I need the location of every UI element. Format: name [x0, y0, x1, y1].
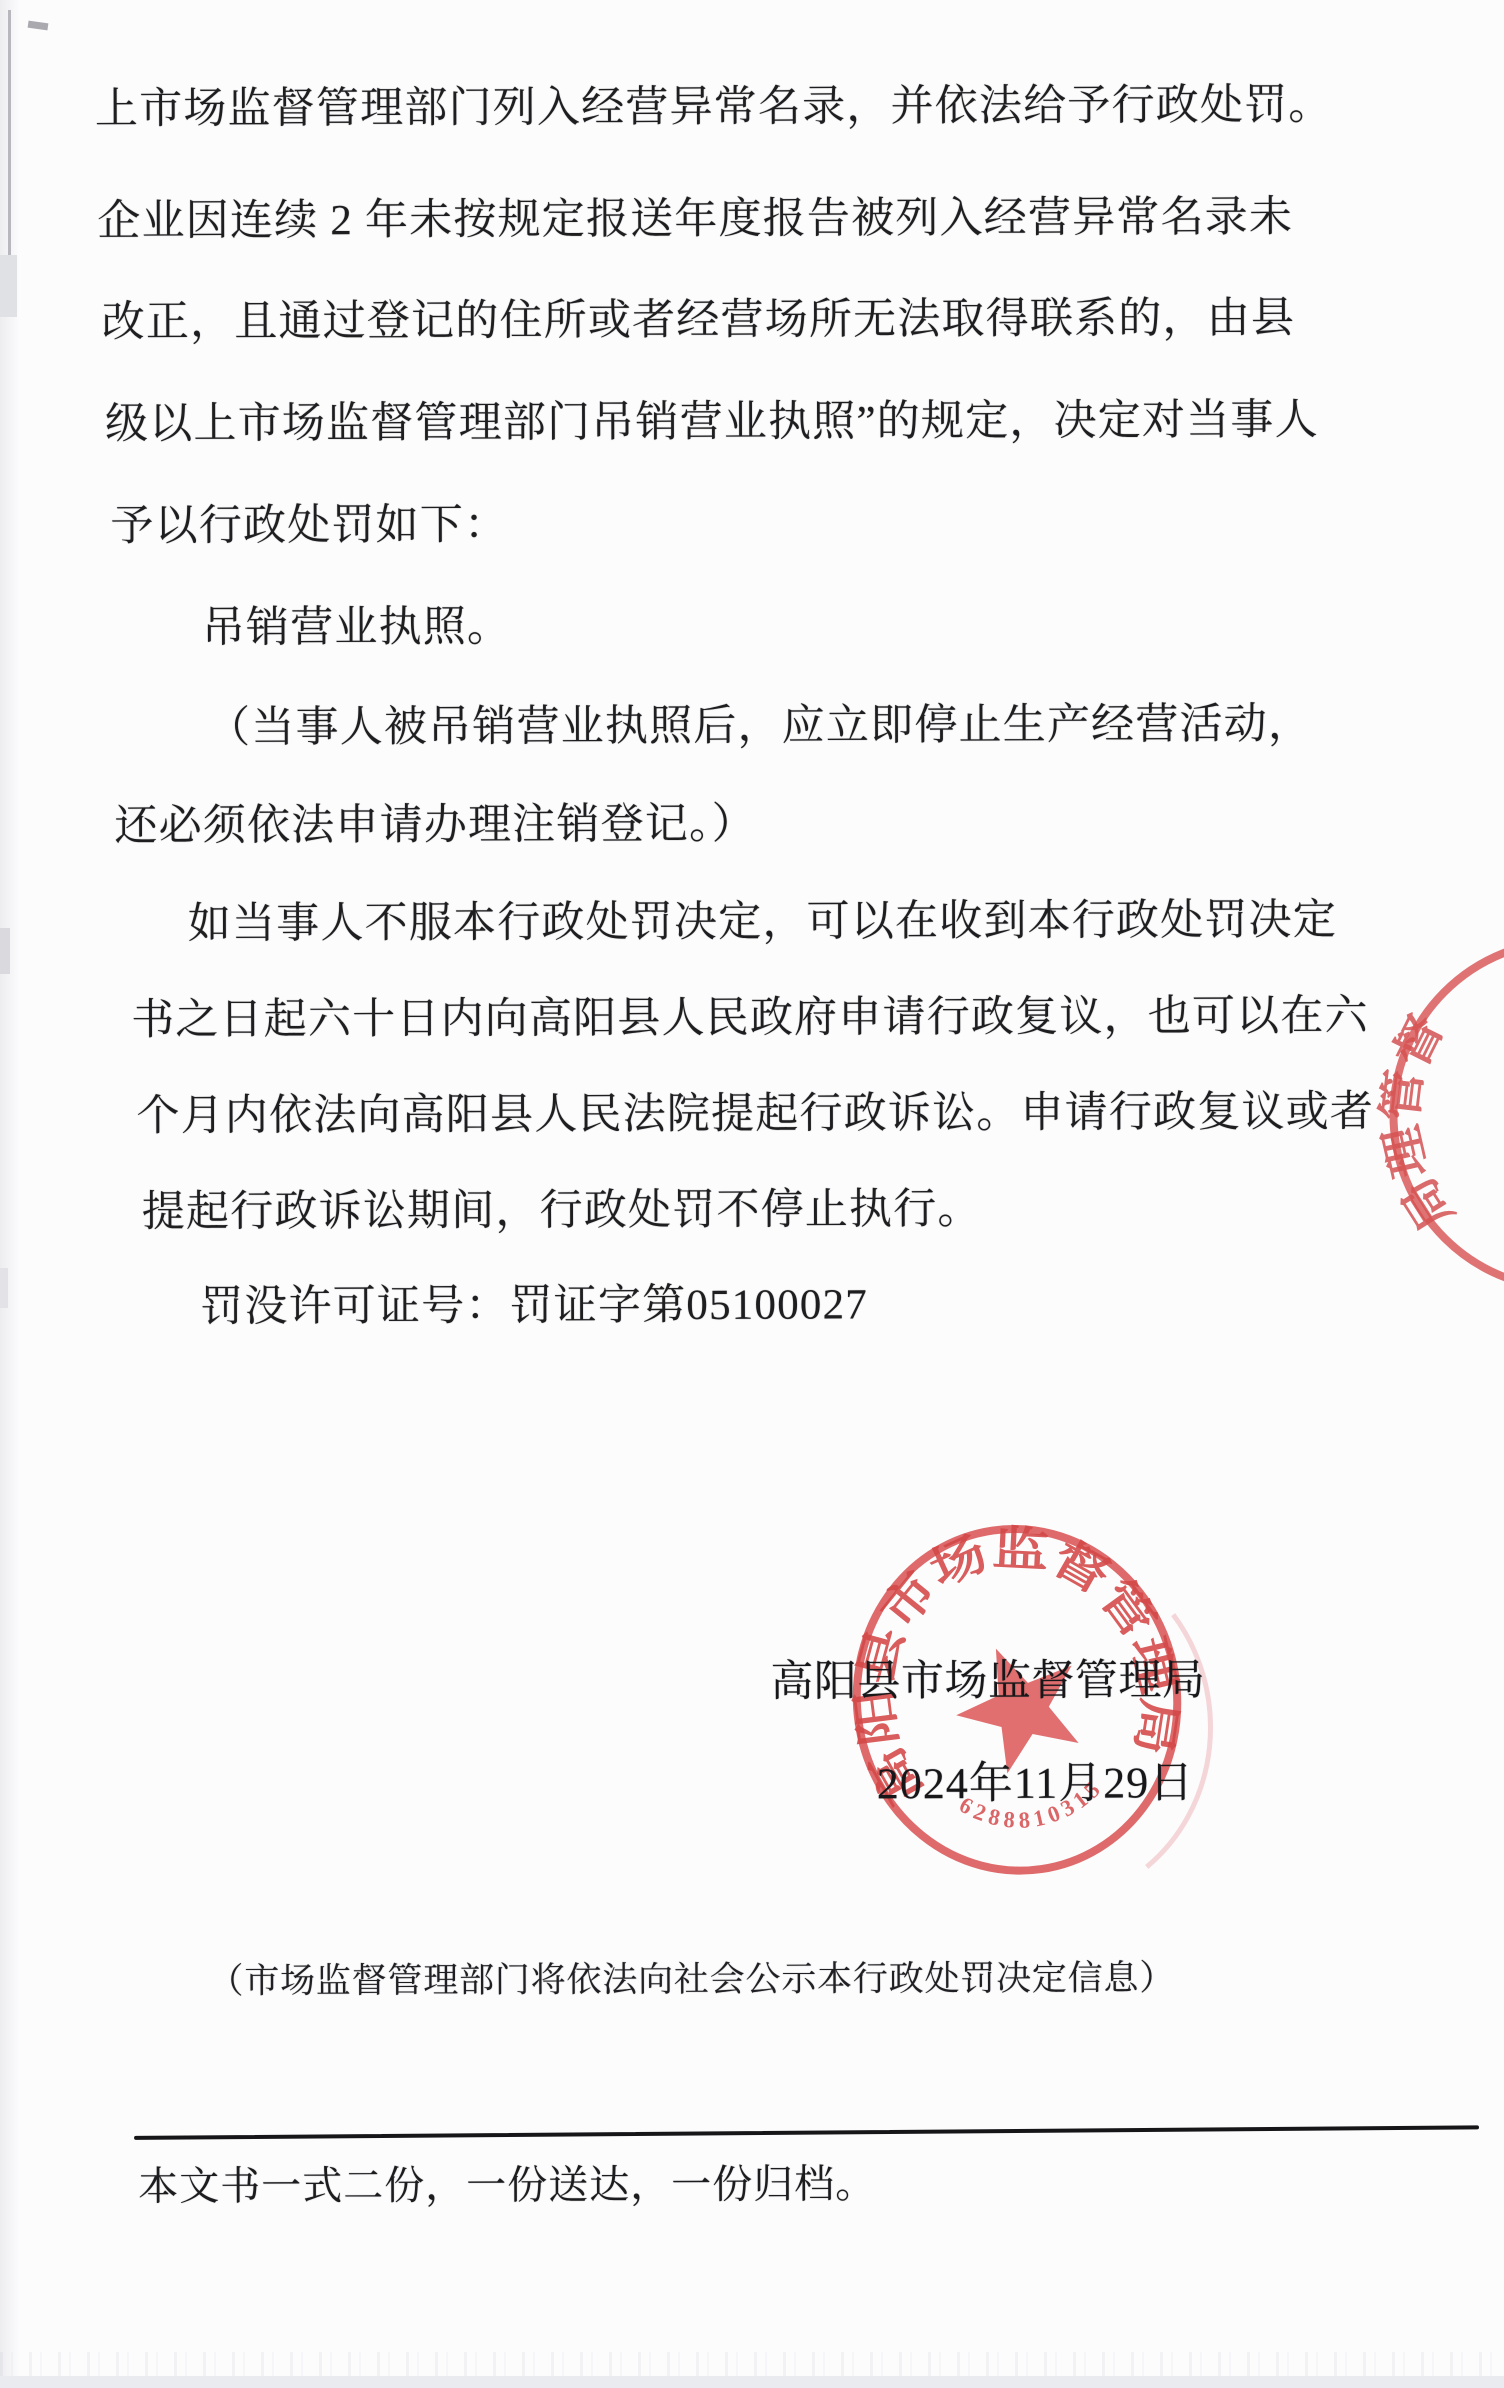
body-line: 个月内依法向高阳县人民法院提起行政诉讼。申请行政复议或者: [136, 1091, 1374, 1138]
disclosure-note: （市场监督管理部门将依法向社会公示本行政处罚决定信息）: [208, 1960, 1175, 1998]
divider-line: [134, 2125, 1479, 2140]
body-line: 企业因连续 2 年未按规定报送年度报告被列入经营异常名录未: [97, 196, 1293, 243]
partial-seal-arc-name: 局理管督: [1374, 1007, 1464, 1239]
body-line: 还必须依法申请办理注销登记。）: [114, 803, 756, 848]
body-line: 改正，且通过登记的住所或者经营场所无法取得联系的，由县: [102, 297, 1296, 344]
issuing-agency: 高阳县市场监督管理局: [770, 1659, 1205, 1704]
body-line: 如当事人不服本行政处罚决定，可以在收到本行政处罚决定: [188, 899, 1337, 946]
partial-official-seal: 局理管督: [1333, 875, 1504, 1356]
body-line: （当事人被吊销营业执照后，应立即停止生产经营活动，: [207, 703, 1312, 750]
document-page: 上市场监督管理部门列入经营异常名录，并依法给予行政处罚。 企业因连续 2 年未按…: [0, 0, 1504, 2388]
body-line: 予以行政处罚如下：: [110, 504, 508, 548]
document-content: 上市场监督管理部门列入经营异常名录，并依法给予行政处罚。 企业因连续 2 年未按…: [0, 0, 1504, 2388]
body-line: 提起行政诉讼期间，行政处罚不停止执行。: [142, 1188, 982, 1234]
official-seal: 高阳县市场监督管理局 6288810315: [841, 1511, 1222, 1912]
body-line: 级以上市场监督管理部门吊销营业执照”的规定，决定对当事人: [105, 399, 1319, 446]
scan-bottom-band: [0, 2376, 1504, 2388]
body-line: 上市场监督管理部门列入经营异常名录，并依法给予行政处罚。: [95, 84, 1333, 131]
copies-note: 本文书一式二份，一份送达，一份归档。: [138, 2164, 876, 2207]
penalty-license-number-line: 罚没许可证号：罚证字第05100027: [200, 1283, 868, 1328]
scan-bottom-speckle: [0, 2352, 1504, 2378]
body-line: 书之日起六十日内向高阳县人民政府申请行政复议，也可以在六: [131, 995, 1369, 1042]
penalty-decision-line: 吊销营业执照。: [202, 606, 512, 650]
decision-date: 2024年11月29日: [877, 1761, 1195, 1806]
